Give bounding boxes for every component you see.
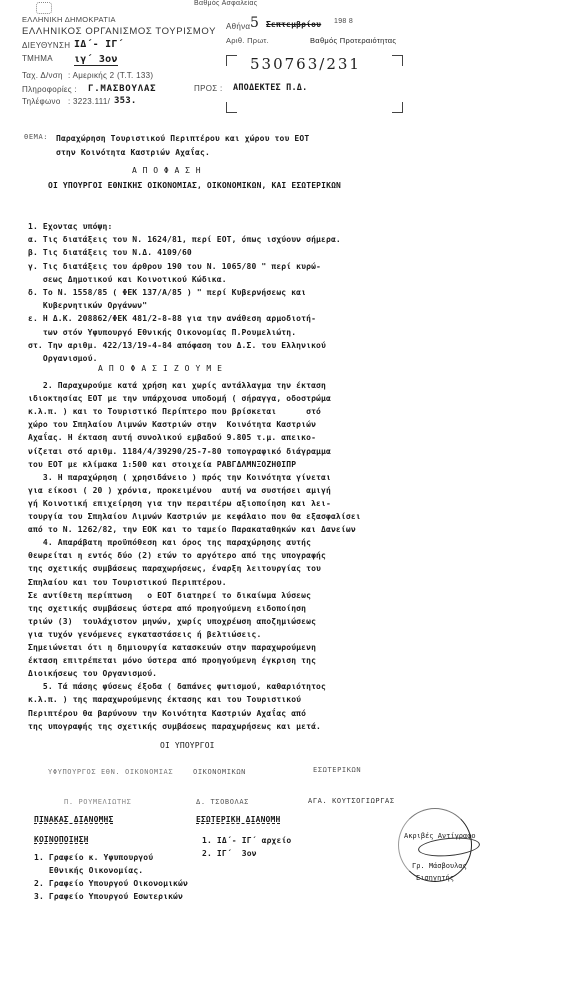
bracket-bottom-left <box>226 102 237 113</box>
paragraph-line: κ.λ.π. ) της παραχωρούμενης έκτασης και … <box>28 695 301 704</box>
paragraph-line: Περιπτέρου θα βαρύνουν την Κοινότητα Κασ… <box>28 709 306 718</box>
paragraph-line: έκταση επιτρέπεται μόνο ύστερα από προηγ… <box>28 656 316 665</box>
signature-name-2: Δ. ΤΣΟΒΟΛΑΣ <box>196 798 249 806</box>
internal-distribution-title: ΕΣΩΤΕΡΙΚΗ ΔΙΑΝΟΜΗ <box>196 815 280 824</box>
consideration-line: Κυβερνητικών Οργάνων" <box>28 301 147 310</box>
paragraph-line: Σημειώνεται ότι η δημιουργία κατασκευών … <box>28 643 316 652</box>
notification-item: 2. Γραφείο Υπουργού Οικονομικών <box>34 879 188 888</box>
phone-ext: 353. <box>114 96 136 106</box>
paragraph-line: νίζεται στό αριθμ. 1184/4/39290/25-7-80 … <box>28 447 331 456</box>
section-value: ιγ΄ 3ον <box>74 54 118 66</box>
paragraph-line: της υπογραφής της σχετικής συμβάσεως παρ… <box>28 722 321 731</box>
protocol-number: 530763/231 <box>250 55 361 73</box>
subject-line-1: Παραχώρηση Τουριστικού Περιπτέρου και χώ… <box>56 134 309 143</box>
notification-item: 3. Γραφείο Υπουργού Εσωτερικών <box>34 892 183 901</box>
info-value: Γ.ΜΑΣΒΟΥΛΑΣ <box>88 84 156 94</box>
stamp-line-3: Εισηγητής <box>416 874 454 882</box>
paragraph-line: 3. Η παραχώρηση ( χρησιδάνειο ) πρός την… <box>28 473 331 482</box>
paragraph-line: 2. Παραχωρούμε κατά χρήση και χωρίς αντά… <box>28 381 326 390</box>
paragraph-line: για τυχόν γενόμενες εγκαταστάσεις ή βελτ… <box>28 630 261 639</box>
internal-distribution-item: 1. ΙΔ΄- ΙΓ΄ αρχείο <box>202 836 291 845</box>
consideration-line: α. Τις διατάξεις του Ν. 1624/81, περί ΕΟ… <box>28 235 341 244</box>
consideration-line: ε. Η Δ.Κ. 208862/ΦΕΚ 481/2-8-88 για την … <box>28 314 316 323</box>
signature-name-3: ΑΓΑ. ΚΟΥΤΣΟΓΙΩΡΓΑΣ <box>308 797 395 805</box>
state-name: ΕΛΛΗΝΙΚΗ ΔΗΜΟΚΡΑΤΙΑ <box>22 15 116 24</box>
internal-distribution-item: 2. ΙΓ΄ 3ον <box>202 849 257 858</box>
paragraph-line: Σπηλαίου και του Τουριστικού Περιπτέρου. <box>28 578 227 587</box>
paragraph-line: της σχετικής συμβάσεως ύστερα από προηγο… <box>28 604 306 613</box>
notification-title: ΚΟΙΝΟΠΟΙΗΣΗ <box>34 835 89 844</box>
signature-role-3: ΕΣΩΤΕΡΙΚΩΝ <box>313 766 361 774</box>
decision-title: Α Π Ο Φ Α Σ Η <box>132 166 201 175</box>
decide-title: Α Π Ο Φ Α Σ Ι Ζ Ο Υ Μ Ε <box>98 364 223 373</box>
date-year: 198 8 <box>334 18 353 25</box>
paragraph-line: 5. Τά πάσης φύσεως έξοδα ( δαπάνες φωτισ… <box>28 682 326 691</box>
signature-name-1: Π. ΡΟΥΜΕΛΙΩΤΗΣ <box>64 798 131 806</box>
organization-name: ΕΛΛΗΝΙΚΟΣ ΟΡΓΑΝΙΣΜΟΣ ΤΟΥΡΙΣΜΟΥ <box>22 26 216 37</box>
address-value: : Αμερικής 2 (Τ.Τ. 133) <box>68 71 153 80</box>
paragraph-line: 4. Απαράβατη προϋπόθεση και όρος της παρ… <box>28 538 311 547</box>
consideration-line: γ. Τις διατάξεις του άρθρου 190 του Ν. 1… <box>28 262 321 271</box>
paragraph-line: γή Κοινοτική επιχείρηση για την περαιτέρ… <box>28 499 331 508</box>
consideration-line: Οργανισμού. <box>28 354 98 363</box>
consideration-line: των στόν Υφυπουργό Εθνικής Οικονομίας Π.… <box>28 328 296 337</box>
directorate-label: ΔΙΕΥΘΥΝΣΗ <box>22 41 70 50</box>
phone-value: : 3223.111/ <box>68 97 110 106</box>
bracket-top-left <box>226 55 237 66</box>
subject-line-2: στην Κοινότητα Καστριών Αχαΐας. <box>56 148 210 157</box>
paragraph-line: τριών (3) τουλάχιστον μηνών, χωρίς υποχρ… <box>28 617 316 626</box>
to-value: ΑΠΟΔΕΚΤΕΣ Π.Δ. <box>233 83 307 93</box>
subject-label: ΘΕΜΑ: <box>24 133 48 141</box>
paragraph-line: Διοικήσεως του Οργανισμού. <box>28 669 157 678</box>
protocol-label: Αριθ. Πρωτ. <box>226 36 269 45</box>
date-label: Αθήνα <box>226 22 250 31</box>
paragraph-line: για είκοσι ( 20 ) χρόνια, προκειμένου αυ… <box>28 486 331 495</box>
state-emblem-icon <box>36 2 52 14</box>
directorate-value: ΙΔ΄- ΙΓ΄ <box>74 39 124 50</box>
paragraph-line: Αχαΐας. Η έκταση αυτή συνολικού εμβαδού … <box>28 433 316 442</box>
bracket-bottom-right <box>392 102 403 113</box>
signature-role-2: ΟΙΚΟΝΟΜΙΚΩΝ <box>193 768 246 776</box>
notification-item: 1. Γραφείο κ. Υφυπουργού <box>34 853 153 862</box>
stamp-line-1: Ακριβές Αντίγραφο <box>404 832 476 840</box>
address-label: Ταχ. Δ/νση <box>22 71 63 80</box>
consideration-line: 1. Εχοντας υπόψη: <box>28 222 112 231</box>
section-label: ΤΜΗΜΑ <box>22 54 53 63</box>
signatures-heading: ΟΙ ΥΠΟΥΡΓΟΙ <box>160 741 215 750</box>
paragraph-line: του ΕΟΤ με κλίμακα 1:500 και στοιχεία ΡΑ… <box>28 460 296 469</box>
distribution-table-title: ΠΙΝΑΚΑΣ ΔΙΑΝΟΜΗΣ <box>34 815 113 824</box>
consideration-line: δ. Το Ν. 1558/85 ( ΦΕΚ 137/Α/85 ) " περί… <box>28 288 306 297</box>
date-month: Σεπτεμβρίου <box>266 20 321 29</box>
to-label: ΠΡΟΣ : <box>194 84 223 93</box>
paragraph-line: τουργία του Σπηλαίου Λιμνών Καστριών με … <box>28 512 361 521</box>
priority-label: Βαθμός Προτεραιότητας <box>310 36 396 45</box>
paragraph-line: θεωρείται η εντός δύο (2) ετών το αργότε… <box>28 551 326 560</box>
consideration-line: β. Τις διατάξεις του Ν.Δ. 4109/60 <box>28 248 192 257</box>
date-day: 5 <box>250 15 261 31</box>
info-label: Πληροφορίες : <box>22 85 77 94</box>
ministers-heading: ΟΙ ΥΠΟΥΡΓΟΙ ΕΘΝΙΚΗΣ ΟΙΚΟΝΟΜΙΑΣ, ΟΙΚΟΝΟΜΙ… <box>48 181 341 190</box>
paragraph-line: κ.λ.π. ) και το Τουριστικό Περίπτερο που… <box>28 407 321 416</box>
consideration-line: σεως Δημοτικού και Κοινοτικού Κώδικα. <box>28 275 227 284</box>
bracket-top-right <box>392 55 403 66</box>
signature-role-1: ΥΦΥΠΟΥΡΓΟΣ ΕΘΝ. ΟΙΚΟΝΟΜΙΑΣ <box>48 768 173 776</box>
stamp-line-2: Γρ. Μάσβουλας <box>412 862 467 870</box>
paragraph-line: της σχετικής συμβάσεως παραχωρήσεως, ένα… <box>28 564 321 573</box>
paragraph-line: από το Ν. 1262/82, την ΕΟΚ και το ταμείο… <box>28 525 356 534</box>
notification-item: Εθνικής Οικονομίας. <box>34 866 143 875</box>
paragraph-line: ιδιοκτησίας ΕΟΤ με την υπάρχουσα υποδομή… <box>28 394 331 403</box>
phone-label: Τηλέφωνο <box>22 97 61 106</box>
security-label: Βαθμός Ασφαλείας <box>194 0 257 7</box>
paragraph-line: χώρο του Σπηλαίου Λιμνών Καστριών στην Κ… <box>28 420 316 429</box>
paragraph-line: Σε αντίθετη περίπτωση ο ΕΟΤ διατηρεί το … <box>28 591 311 600</box>
consideration-line: στ. Την αριθμ. 422/13/19-4-84 απόφαση το… <box>28 341 326 350</box>
